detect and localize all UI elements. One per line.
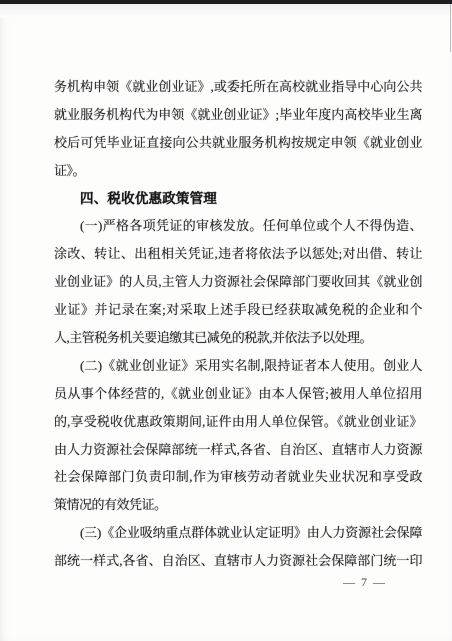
body-line: (三)《企业吸纳重点群体就业认定证明》由人力资源社会保障 bbox=[54, 519, 422, 547]
body-line: 策情况的有效凭证。 bbox=[54, 491, 422, 519]
body-line: 业创业证》的人员,主管人力资源社会保障部门要收回其《就业创 bbox=[54, 268, 422, 296]
body-line: 社会保障部门负责印制,作为审核劳动者就业失业状况和享受政 bbox=[54, 463, 422, 491]
body-line: 务机构申领《就业创业证》,或委托所在高校就业指导中心向公共 bbox=[54, 73, 422, 101]
body-line: 业证》并记录在案;对采取上述手段已经获取减免税的企业和个 bbox=[54, 296, 422, 324]
page-number: — 7 — bbox=[343, 575, 387, 590]
body-line: 的,享受税收优惠政策期间,证件由用人单位保管。《就业创业证》 bbox=[54, 408, 422, 436]
body-line: 员从事个体经营的,《就业创业证》由本人保管;被用人单位招用 bbox=[54, 380, 422, 408]
scan-right-edge-line bbox=[450, 4, 451, 52]
document-body: 务机构申领《就业创业证》,或委托所在高校就业指导中心向公共 就业服务机构代为申领… bbox=[54, 73, 422, 575]
body-line: (二)《就业创业证》采用实名制,限持证者本人使用。创业人 bbox=[54, 352, 422, 380]
body-line: (一)严格各项凭证的审核发放。任何单位或个人不得伪造、 bbox=[54, 212, 422, 240]
body-line: 校后可凭毕业证直接向公共就业服务机构按规定申领《就业创业 bbox=[54, 129, 422, 157]
body-line: 部统一样式,各省、自治区、直辖市人力资源社会保障部门统一印 bbox=[54, 547, 422, 575]
body-line: 人,主管税务机关要追缴其已减免的税款,并依法予以处理。 bbox=[54, 324, 422, 352]
section-heading: 四、税收优惠政策管理 bbox=[54, 185, 422, 213]
body-line: 由人力资源社会保障部统一样式,各省、自治区、直辖市人力资源 bbox=[54, 436, 422, 464]
scan-top-shading bbox=[0, 4, 452, 18]
body-line: 证》。 bbox=[54, 157, 422, 185]
body-line: 就业服务机构代为申领《就业创业证》;毕业年度内高校毕业生离 bbox=[54, 101, 422, 129]
scanned-document-page: 务机构申领《就业创业证》,或委托所在高校就业指导中心向公共 就业服务机构代为申领… bbox=[0, 0, 452, 641]
body-line: 涂改、转让、出租相关凭证,违者将依法予以惩处;对出借、转让《就 bbox=[54, 240, 422, 268]
